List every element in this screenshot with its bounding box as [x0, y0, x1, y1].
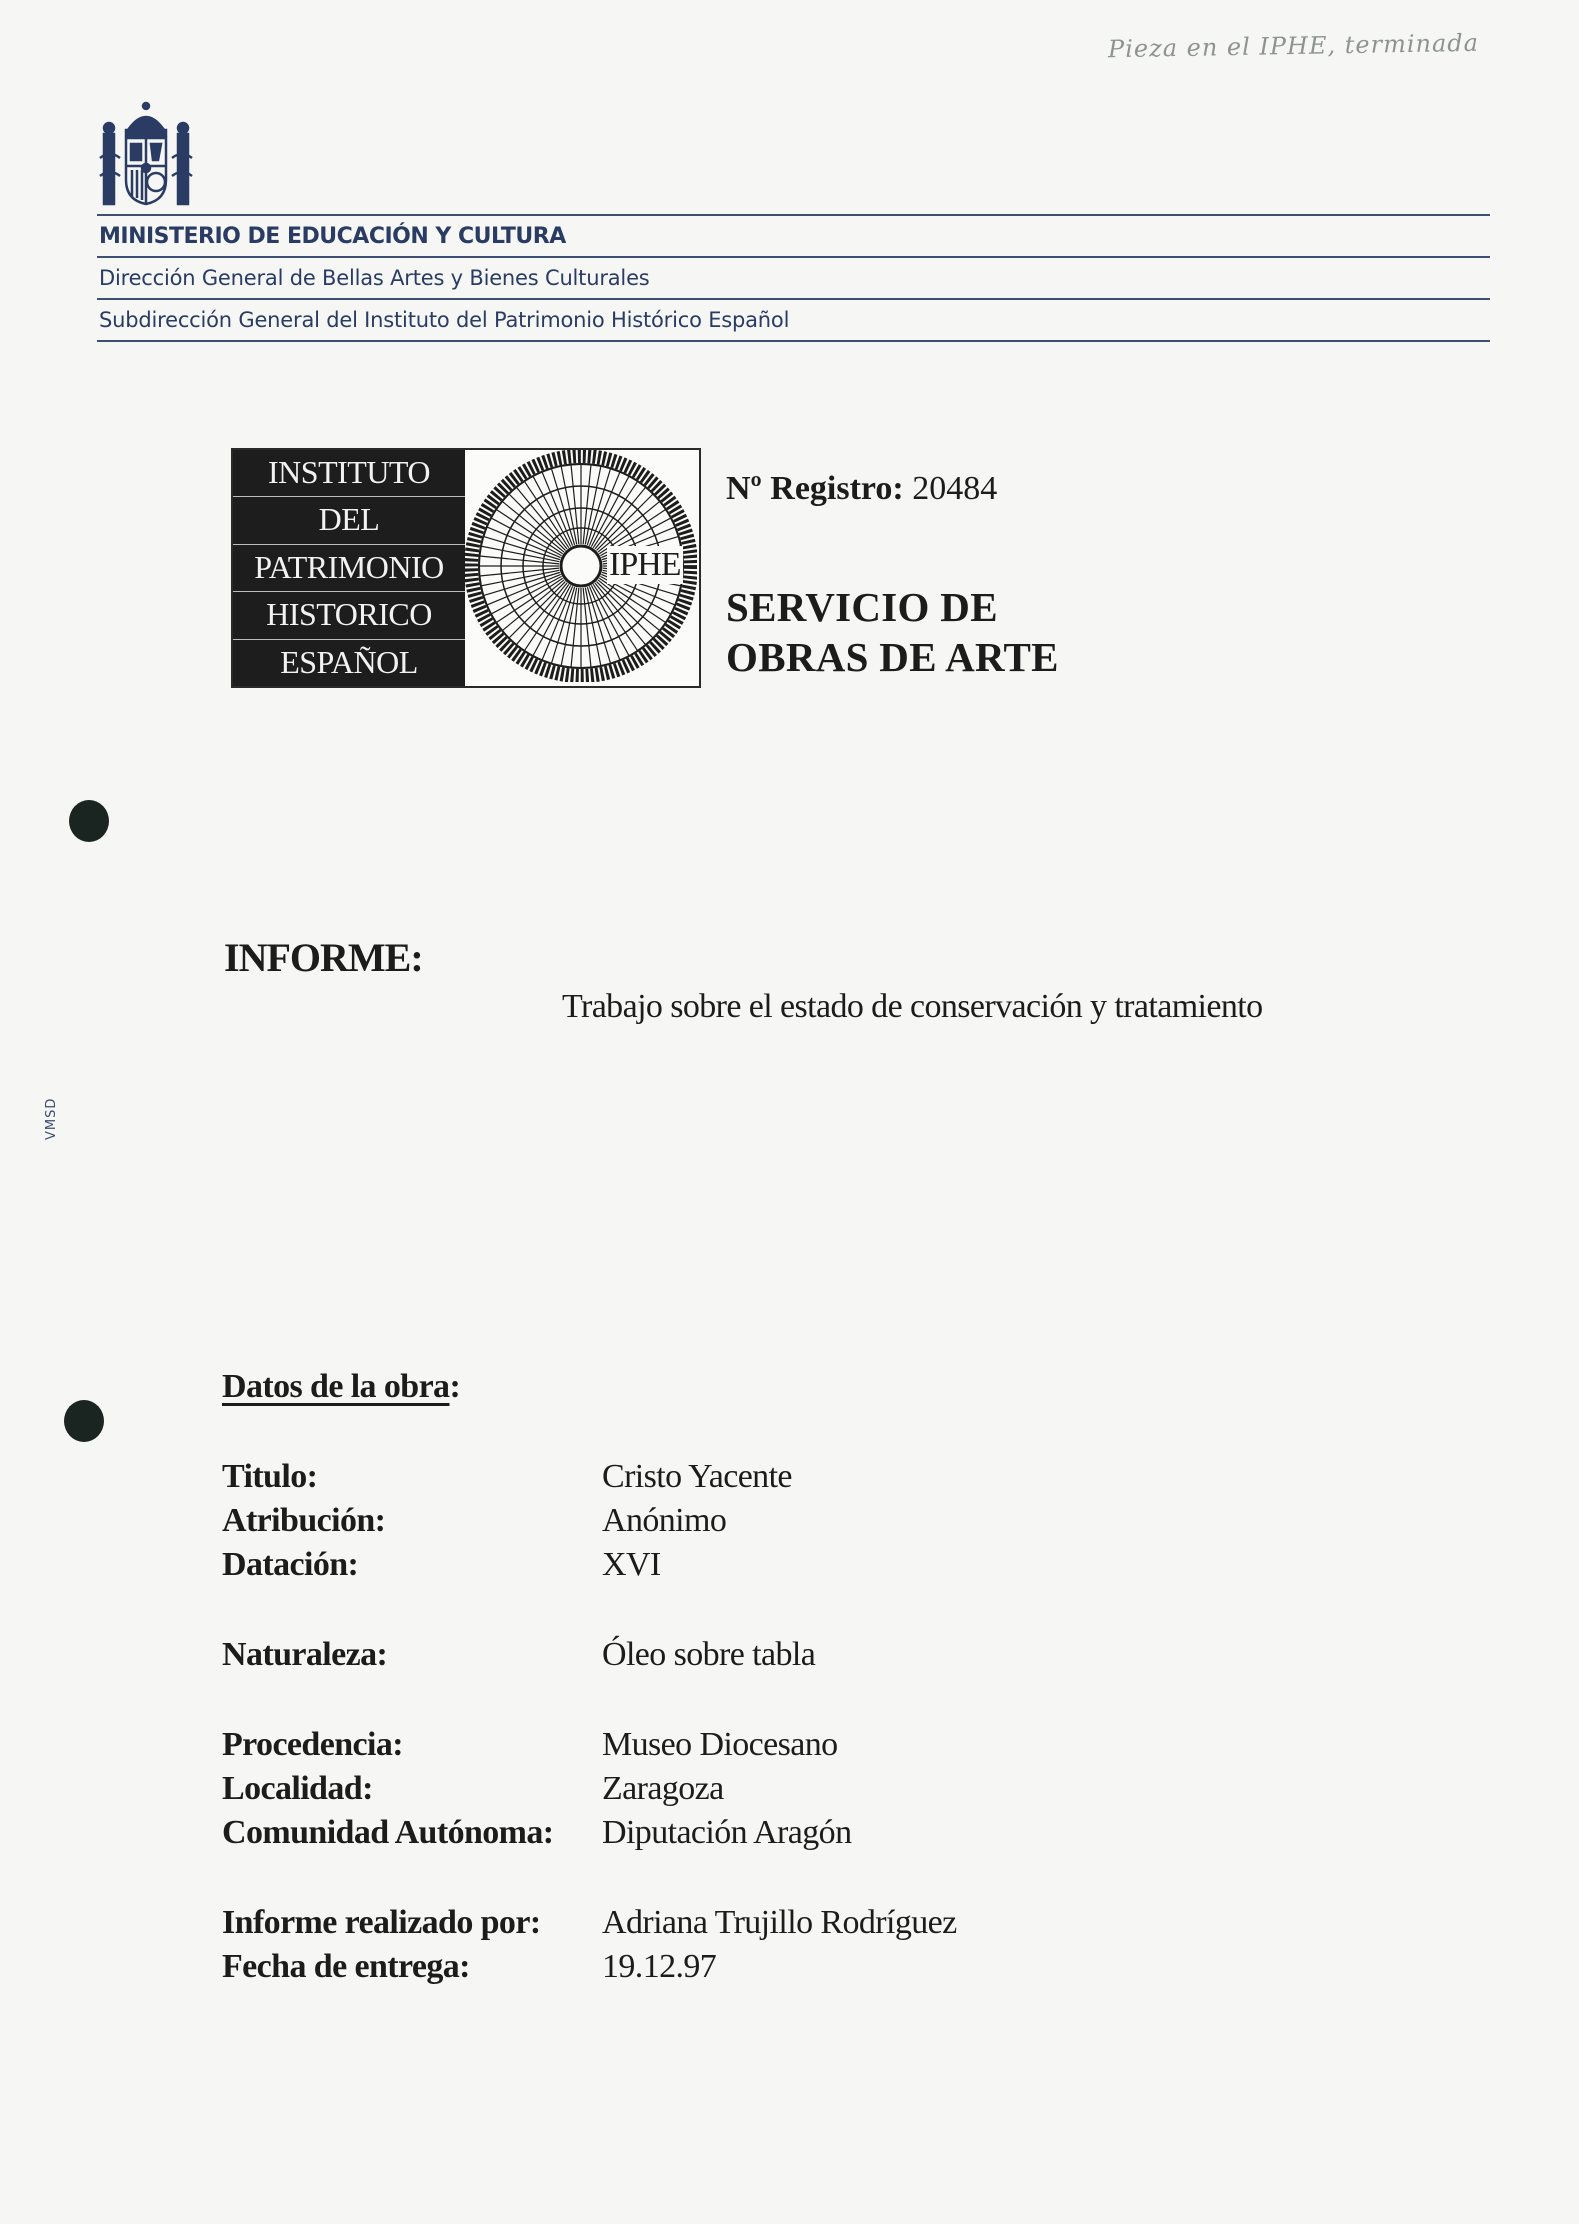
iphe-acronym: IPHE [607, 546, 683, 584]
registration-number: Nº Registro: 20484 [726, 470, 997, 508]
field-value: Anónimo [602, 1502, 726, 1540]
iphe-logo: INSTITUTO DEL PATRIMONIO HISTORICO ESPAÑ… [231, 448, 701, 688]
registration-value: 20484 [912, 470, 997, 507]
handwritten-note: Pieza en el IPHE, terminada [1108, 29, 1479, 63]
logo-row: HISTORICO [233, 592, 465, 639]
service-heading-line2: OBRAS DE ARTE [726, 632, 1059, 682]
service-heading: SERVICIO DE OBRAS DE ARTE [726, 582, 1059, 682]
datos-heading-text: Datos de la obra [222, 1368, 449, 1405]
field-label: Comunidad Autónoma: [222, 1814, 554, 1852]
field-label: Datación: [222, 1546, 358, 1584]
field-label: Fecha de entrega: [222, 1948, 470, 1986]
punch-hole [69, 800, 109, 842]
logo-row: INSTITUTO [233, 450, 465, 497]
field-label: Atribución: [222, 1502, 385, 1540]
iphe-logo-text-block: INSTITUTO DEL PATRIMONIO HISTORICO ESPAÑ… [233, 450, 465, 686]
ministry-subdirection: Subdirección General del Instituto del P… [99, 308, 789, 332]
logo-row: ESPAÑOL [233, 640, 465, 686]
field-value: Diputación Aragón [602, 1814, 851, 1852]
field-value: Museo Diocesano [602, 1726, 838, 1764]
logo-row: PATRIMONIO [233, 545, 465, 592]
ministry-title: MINISTERIO DE EDUCACIÓN Y CULTURA [99, 224, 566, 249]
informe-value: Trabajo sobre el estado de conservación … [562, 988, 1263, 1026]
side-mark-text: VMSD [44, 1098, 59, 1140]
field-value: Cristo Yacente [602, 1458, 792, 1496]
side-mark: VMSD [44, 1140, 86, 1155]
field-label: Titulo: [222, 1458, 317, 1496]
field-value: Zaragoza [602, 1770, 724, 1808]
ministry-direction: Dirección General de Bellas Artes y Bien… [99, 266, 650, 290]
punch-hole [64, 1400, 104, 1442]
registration-label: Nº Registro: [726, 470, 904, 507]
informe-label: INFORME: [224, 934, 423, 981]
datos-heading-colon: : [449, 1368, 460, 1405]
field-value: Adriana Trujillo Rodríguez [602, 1904, 957, 1942]
service-heading-line1: SERVICIO DE [726, 582, 1059, 632]
field-value: XVI [602, 1546, 661, 1584]
field-label: Informe realizado por: [222, 1904, 541, 1942]
field-label: Procedencia: [222, 1726, 403, 1764]
field-label: Localidad: [222, 1770, 373, 1808]
ministry-header: MINISTERIO DE EDUCACIÓN Y CULTURA Direcc… [97, 214, 1490, 342]
logo-row: DEL [233, 497, 465, 544]
rose-window-emblem: IPHE [465, 450, 699, 686]
spain-coat-of-arms-icon [98, 100, 194, 208]
field-value: Óleo sobre tabla [602, 1636, 815, 1674]
field-label: Naturaleza: [222, 1636, 387, 1674]
datos-heading: Datos de la obra: [222, 1368, 460, 1406]
field-value: 19.12.97 [602, 1948, 716, 1986]
